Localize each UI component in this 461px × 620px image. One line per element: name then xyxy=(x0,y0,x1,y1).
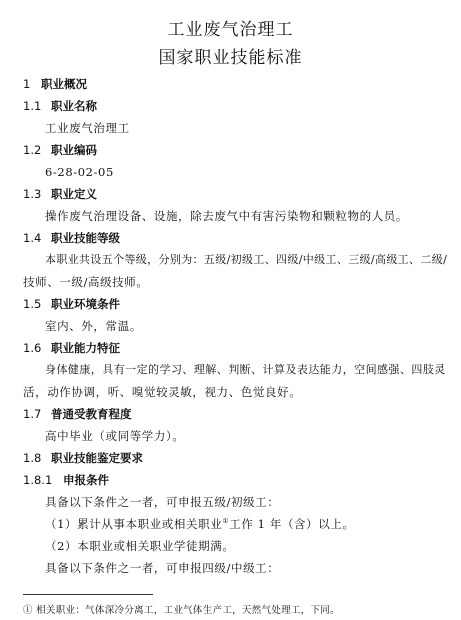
section-number: 1.2 xyxy=(23,142,51,158)
section-heading-1: 1职业概况 xyxy=(23,76,87,92)
condition-text: 工作 1 年（含）以上。 xyxy=(229,517,354,531)
occupation-definition-text: 操作废气治理设备、设施，除去废气中有害污染物和颗粒物的人员。 xyxy=(45,208,408,224)
document-page: 工业废气治理工 国家职业技能标准 1职业概况 1.1职业名称 工业废气治理工 1… xyxy=(0,0,461,620)
section-heading-1-3: 1.3职业定义 xyxy=(23,186,97,202)
section-number: 1.7 xyxy=(23,406,51,422)
section-number: 1.6 xyxy=(23,340,51,356)
section-heading-1-1: 1.1职业名称 xyxy=(23,98,97,114)
section-number: 1.3 xyxy=(23,186,51,202)
section-label: 申报条件 xyxy=(63,473,109,487)
footnote-text: ① 相关职业：气体深冷分离工，工业气体生产工，天然气处理工，下同。 xyxy=(23,602,340,616)
section-label: 职业编码 xyxy=(51,143,97,157)
footnote-separator xyxy=(23,594,153,595)
section-heading-1-8-1: 1.8.1申报条件 xyxy=(23,472,109,488)
section-heading-1-8: 1.8职业技能鉴定要求 xyxy=(23,450,143,466)
section-label: 职业环境条件 xyxy=(51,297,120,311)
section-heading-1-4: 1.4职业技能等级 xyxy=(23,230,120,246)
section-number: 1.1 xyxy=(23,98,51,114)
section-label: 职业能力特征 xyxy=(51,341,120,355)
level5-condition-1: （1）累计从事本职业或相关职业①工作 1 年（含）以上。 xyxy=(45,516,355,532)
section-label: 普通受教育程度 xyxy=(51,407,132,421)
ability-characteristics-text-line2: 活，动作协调，听、嗅觉较灵敏，视力、色觉良好。 xyxy=(23,384,301,400)
occupation-code-text: 6-28-02-05 xyxy=(45,164,114,180)
section-heading-1-2: 1.2职业编码 xyxy=(23,142,97,158)
work-environment-text: 室内、外，常温。 xyxy=(45,318,142,334)
section-number: 1 xyxy=(23,76,41,92)
section-label: 职业名称 xyxy=(51,99,97,113)
level4-eligibility-intro: 具备以下条件之一者，可申报四级/中级工： xyxy=(45,560,279,576)
skill-levels-text-line2: 技师、一级/高级技师。 xyxy=(23,274,148,290)
condition-text: （1）累计从事本职业或相关职业 xyxy=(45,517,222,531)
section-number: 1.5 xyxy=(23,296,51,312)
section-number: 1.4 xyxy=(23,230,51,246)
section-heading-1-5: 1.5职业环境条件 xyxy=(23,296,120,312)
section-number: 1.8.1 xyxy=(23,472,63,488)
occupation-name-text: 工业废气治理工 xyxy=(45,120,130,136)
skill-levels-text-line1: 本职业共设五个等级，分别为：五级/初级工、四级/中级工、三级/高级工、二级/ xyxy=(45,252,447,268)
section-heading-1-7: 1.7普通受教育程度 xyxy=(23,406,132,422)
section-label: 职业技能鉴定要求 xyxy=(51,451,143,465)
ability-characteristics-text-line1: 身体健康，具有一定的学习、理解、判断、计算及表达能力，空间感强、四肢灵 xyxy=(45,362,446,378)
section-label: 职业技能等级 xyxy=(51,231,120,245)
section-label: 职业定义 xyxy=(51,187,97,201)
section-heading-1-6: 1.6职业能力特征 xyxy=(23,340,120,356)
section-number: 1.8 xyxy=(23,450,51,466)
section-label: 职业概况 xyxy=(41,77,87,91)
level5-condition-2: （2）本职业或相关职业学徒期满。 xyxy=(45,538,234,554)
level5-eligibility-intro: 具备以下条件之一者，可申报五级/初级工： xyxy=(45,494,279,510)
document-title-standard: 国家职业技能标准 xyxy=(0,48,461,68)
document-title-occupation: 工业废气治理工 xyxy=(0,20,461,40)
education-level-text: 高中毕业（或同等学力）。 xyxy=(45,428,184,444)
